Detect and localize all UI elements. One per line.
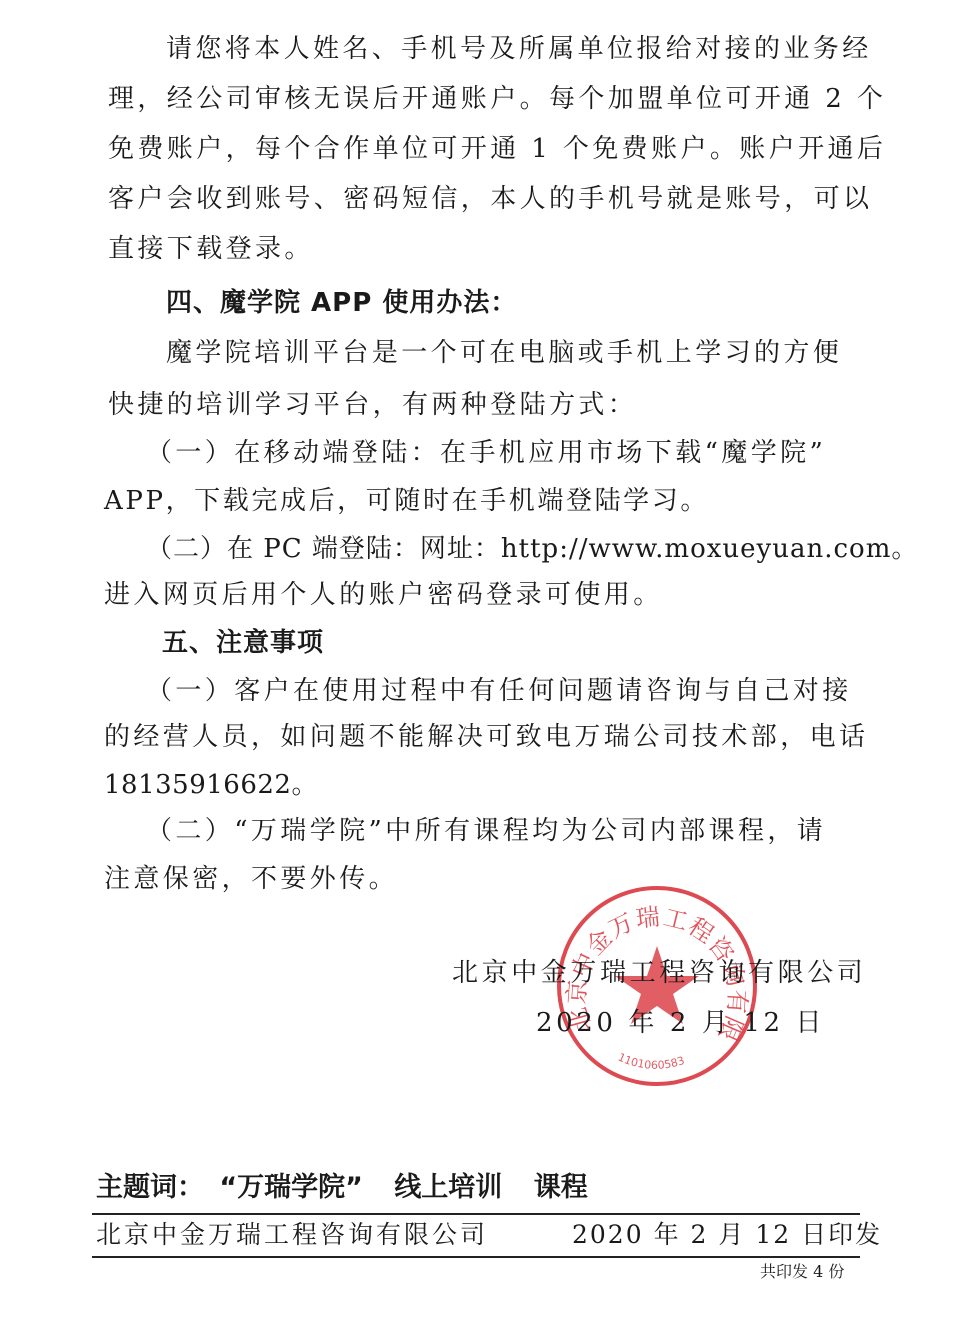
text-line: 免费账户，每个合作单位可开通 1 个免费账户。账户开通后 [108, 134, 886, 164]
text-line: 注意保密，不要外传。 [104, 864, 398, 894]
text-line: 理，经公司审核无误后开通账户。每个加盟单位可开通 2 个 [108, 84, 886, 114]
section-heading: 四、魔学院 APP 使用办法： [166, 288, 517, 318]
issue-date: 2020 年 2 月 12 日印发 [572, 1220, 882, 1250]
phone-number: 18135916622。 [104, 770, 318, 800]
text-line: （二）在 PC 端登陆：网址：http://www.moxueyuan.com。 [146, 534, 918, 564]
text-line: （一）客户在使用过程中有任何问题请咨询与自己对接 [146, 676, 852, 706]
signature-date: 2020 年 2 月 12 日 [536, 1008, 825, 1038]
text-line: （一）在移动端登陆：在手机应用市场下载“魔学院” [146, 438, 826, 468]
svg-text:1101060583: 1101060583 [616, 1051, 686, 1072]
text-line: （二）“万瑞学院”中所有课程均为公司内部课程，请 [146, 816, 826, 846]
keywords-line: 主题词： “万瑞学院” 线上培训 课程 [96, 1172, 610, 1204]
section-heading: 五、注意事项 [162, 628, 324, 658]
text-line: 的经营人员，如问题不能解决可致电万瑞公司技术部，电话 [104, 722, 868, 752]
keyword: 课程 [534, 1172, 588, 1203]
divider [92, 1213, 860, 1215]
text-line: 魔学院培训平台是一个可在电脑或手机上学习的方便 [166, 338, 842, 368]
issuer: 北京中金万瑞工程咨询有限公司 [96, 1220, 488, 1250]
signature-company: 北京中金万瑞工程咨询有限公司 [452, 958, 866, 988]
text-line: 进入网页后用个人的账户密码登录可使用。 [104, 580, 663, 610]
keywords-label: 主题词： [96, 1172, 204, 1203]
copies-count: 共印发 4 份 [760, 1262, 844, 1282]
text-line: 客户会收到账号、密码短信，本人的手机号就是账号，可以 [108, 184, 872, 214]
keyword: 线上培训 [394, 1172, 502, 1203]
keyword: “万瑞学院” [219, 1172, 363, 1203]
text-line: 请您将本人姓名、手机号及所属单位报给对接的业务经 [166, 34, 872, 64]
divider [92, 1256, 860, 1258]
text-line: 快捷的培训学习平台，有两种登陆方式： [108, 390, 637, 420]
text-line: APP，下载完成后，可随时在手机端登陆学习。 [104, 486, 709, 516]
text-line: 直接下载登录。 [108, 234, 314, 264]
